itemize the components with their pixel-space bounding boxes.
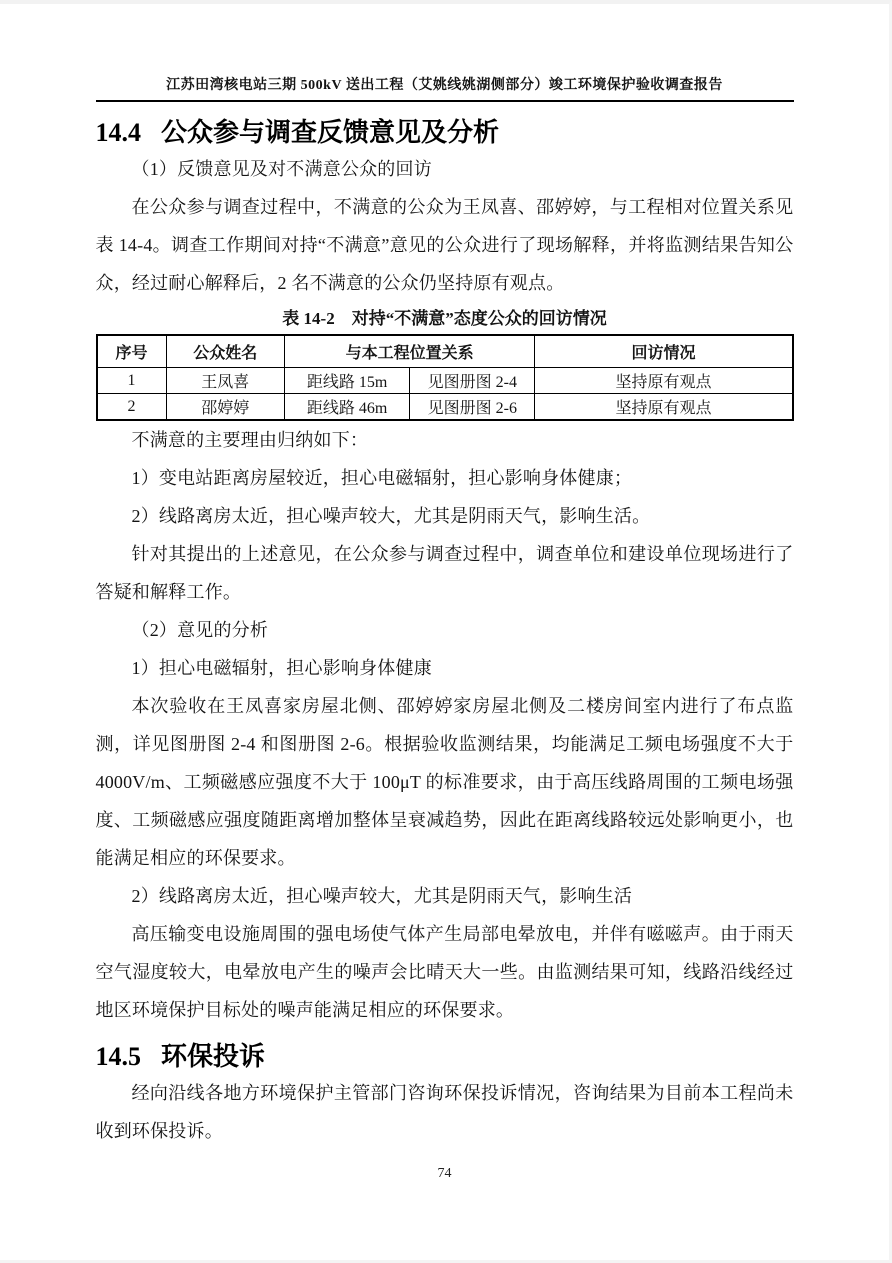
return-visit-table: 序号 公众姓名 与本工程位置关系 回访情况 1 王凤喜 距线路 15m 见图册图… [96, 334, 794, 421]
cell-distance: 距线路 46m [284, 394, 409, 421]
paragraph-analysis-label: （2）意见的分析 [96, 611, 794, 649]
cell-name: 王凤喜 [166, 368, 284, 394]
section-14-4-heading: 14.4公众参与调查反馈意见及分析 [96, 115, 794, 150]
paragraph-feedback-body: 在公众参与调查过程中，不满意的公众为王凤喜、邵婷婷，与工程相对位置关系见表 14… [96, 188, 794, 302]
cell-index: 2 [97, 394, 167, 421]
paragraph-reasons-intro: 不满意的主要理由归纳如下： [96, 421, 794, 459]
document-page: 江苏田湾核电站三期 500kV 送出工程（艾姚线姚湖侧部分）竣工环境保护验收调查… [0, 0, 892, 1263]
paragraph-analysis-1-body: 本次验收在王凤喜家房屋北侧、邵婷婷家房屋北侧及二楼房间室内进行了布点监测，详见图… [96, 687, 794, 877]
col-header-name: 公众姓名 [166, 335, 284, 368]
paragraph-analysis-2-body: 高压输变电设施周围的强电场使气体产生局部电晕放电，并伴有嗞嗞声。由于雨天空气湿度… [96, 915, 794, 1029]
cell-figure-ref: 见图册图 2-6 [410, 394, 535, 421]
cell-index: 1 [97, 368, 167, 394]
col-header-index: 序号 [97, 335, 167, 368]
section-14-5-heading: 14.5环保投诉 [96, 1039, 794, 1074]
table-row: 1 王凤喜 距线路 15m 见图册图 2-4 坚持原有观点 [97, 368, 793, 394]
paragraph-feedback-label: （1）反馈意见及对不满意公众的回访 [96, 150, 794, 188]
section-14-4-title: 公众参与调查反馈意见及分析 [161, 117, 499, 147]
section-14-5-number: 14.5 [96, 1042, 142, 1071]
paragraph-reason-2: 2）线路离房太近，担心噪声较大，尤其是阴雨天气，影响生活。 [96, 497, 794, 535]
cell-visit-result: 坚持原有观点 [535, 368, 793, 394]
paragraph-complaints-body: 经向沿线各地方环境保护主管部门咨询环保投诉情况，咨询结果为目前本工程尚未收到环保… [96, 1074, 794, 1150]
section-14-5-title: 环保投诉 [161, 1041, 265, 1071]
col-header-position: 与本工程位置关系 [284, 335, 535, 368]
table-14-2-title: 表 14-2 对持“不满意”态度公众的回访情况 [96, 304, 794, 334]
cell-visit-result: 坚持原有观点 [535, 394, 793, 421]
paragraph-analysis-1-label: 1）担心电磁辐射，担心影响身体健康 [96, 649, 794, 687]
page-content: 江苏田湾核电站三期 500kV 送出工程（艾姚线姚湖侧部分）竣工环境保护验收调查… [96, 4, 794, 1150]
paragraph-analysis-2-label: 2）线路离房太近，担心噪声较大，尤其是阴雨天气，影响生活 [96, 877, 794, 915]
col-header-visit-result: 回访情况 [535, 335, 793, 368]
cell-name: 邵婷婷 [166, 394, 284, 421]
table-row: 2 邵婷婷 距线路 46m 见图册图 2-6 坚持原有观点 [97, 394, 793, 421]
table-header-row: 序号 公众姓名 与本工程位置关系 回访情况 [97, 335, 793, 368]
paragraph-reason-1: 1）变电站距离房屋较近，担心电磁辐射，担心影响身体健康； [96, 459, 794, 497]
section-14-4-number: 14.4 [96, 118, 142, 147]
paragraph-response: 针对其提出的上述意见，在公众参与调查过程中，调查单位和建设单位现场进行了答疑和解… [96, 535, 794, 611]
running-header: 江苏田湾核电站三期 500kV 送出工程（艾姚线姚湖侧部分）竣工环境保护验收调查… [96, 4, 794, 102]
cell-figure-ref: 见图册图 2-4 [410, 368, 535, 394]
page-number: 74 [0, 1166, 889, 1182]
cell-distance: 距线路 15m [284, 368, 409, 394]
